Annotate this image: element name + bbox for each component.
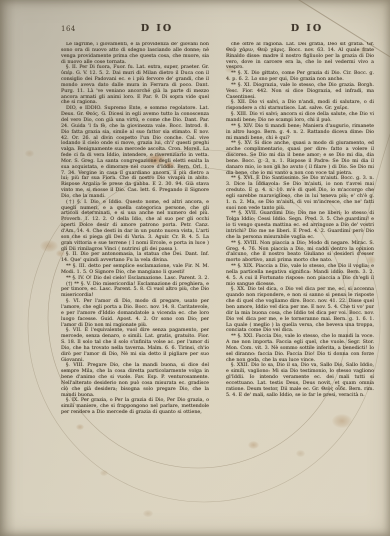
dictionary-paragraph: ** §. XVII. Guardimi Dio; Dio me ne libe…: [226, 211, 374, 240]
page-number: 164: [61, 25, 76, 33]
dictionary-paragraph: ** §. X. Dio gittato, come Per grazia di…: [226, 71, 374, 83]
dictionary-paragraph: ** §. III. detto per semplice esclamazio…: [61, 264, 209, 276]
foxing-stain: [100, 470, 108, 476]
running-head-left: D IO: [117, 23, 197, 34]
foxing-stain: [296, 450, 305, 457]
dictionary-paragraph: ** §. XVIII. Non piaccia a Dio; Modo di …: [226, 241, 374, 264]
dictionary-paragraph: ** §. XV. Si dice anche, quasi a modo di…: [226, 141, 374, 176]
dictionary-paragraph: §. XIII. Dio vi salvi; ancora si dice de…: [226, 112, 374, 124]
dictionary-paragraph: ** §. XXI. Faccia Dio, vale lo stesso, c…: [226, 334, 374, 363]
foxing-stain: [143, 510, 153, 517]
dictionary-paragraph: §. II. Dio per antonomasia, la statua ch…: [61, 252, 209, 264]
dictionary-paragraph: §. VIII. Pregare Dio, che la mandi buona…: [61, 363, 209, 398]
dictionary-paragraph: ** §. XVI. È Dio Santissimo. Se Dio m'ai…: [226, 176, 374, 211]
dictionary-paragraph: §. IX. Per grazia, o Per la grazia di Di…: [61, 398, 209, 416]
page-gutter-shadow: [0, 0, 16, 536]
foxing-stain: [248, 441, 259, 449]
dictionary-paragraph: §. XXII. Dio lo sa, Dio il sa, Dio va, S…: [226, 363, 374, 398]
dictionary-paragraph: Le lagrime, i giovamenti, e la providenz…: [61, 42, 209, 65]
dictionary-paragraph: ** §. XIX. Piaccia a Dio, vale lo stesso…: [226, 264, 374, 287]
dictionary-paragraph: (†) ** §. V. Dio misericordia! Esclamazi…: [61, 282, 209, 300]
foxing-stain: [25, 150, 34, 157]
dictionary-paragraph: §. VI. Per l'amor di Dio, modo di pregar…: [61, 299, 209, 328]
dictionary-paragraph: §. VII. È l'equivalente, vuol dire senza…: [61, 328, 209, 363]
dictionary-paragraph: §. II. Per Di fuora, Fuor. fu. Lat. extr…: [61, 65, 209, 106]
text-column-left: Le lagrime, i giovamenti, e la providenz…: [61, 42, 209, 434]
dictionary-paragraph: DIO, e IDDIO. Supremo Ente, e sommo rego…: [61, 106, 209, 200]
dictionary-paragraph: che oltre al ragiona. Lat. Dei gratia, D…: [226, 42, 374, 71]
dictionary-paragraph: ** §. XIV. Dio ti mandi bene; Maniera d'…: [226, 124, 374, 142]
dictionary-paragraph: (†) §. I. Dio, e Iddio. Questo nome, ed …: [61, 200, 209, 253]
dictionary-paragraph: §. XII. Dio vi salvi, a Dio n'andi, modi…: [226, 100, 374, 112]
foxing-stain: [40, 240, 58, 252]
dictionary-paragraph: ** §. IV. O! Dio del cielo! Esclamazione…: [61, 276, 209, 282]
dictionary-paragraph: §. XX. Dio tel dica, o Dio vel dica per …: [226, 287, 374, 334]
dictionary-paragraph: ** §. XI. Diograzia, vale lo stesso, che…: [226, 83, 374, 101]
text-column-right: che oltre al ragiona. Lat. Dei gratia, D…: [226, 42, 374, 434]
running-head-right: D IO: [267, 23, 347, 34]
scanned-book-page: 164 D IO D IO Le lagrime, i giovamenti, …: [0, 0, 390, 536]
